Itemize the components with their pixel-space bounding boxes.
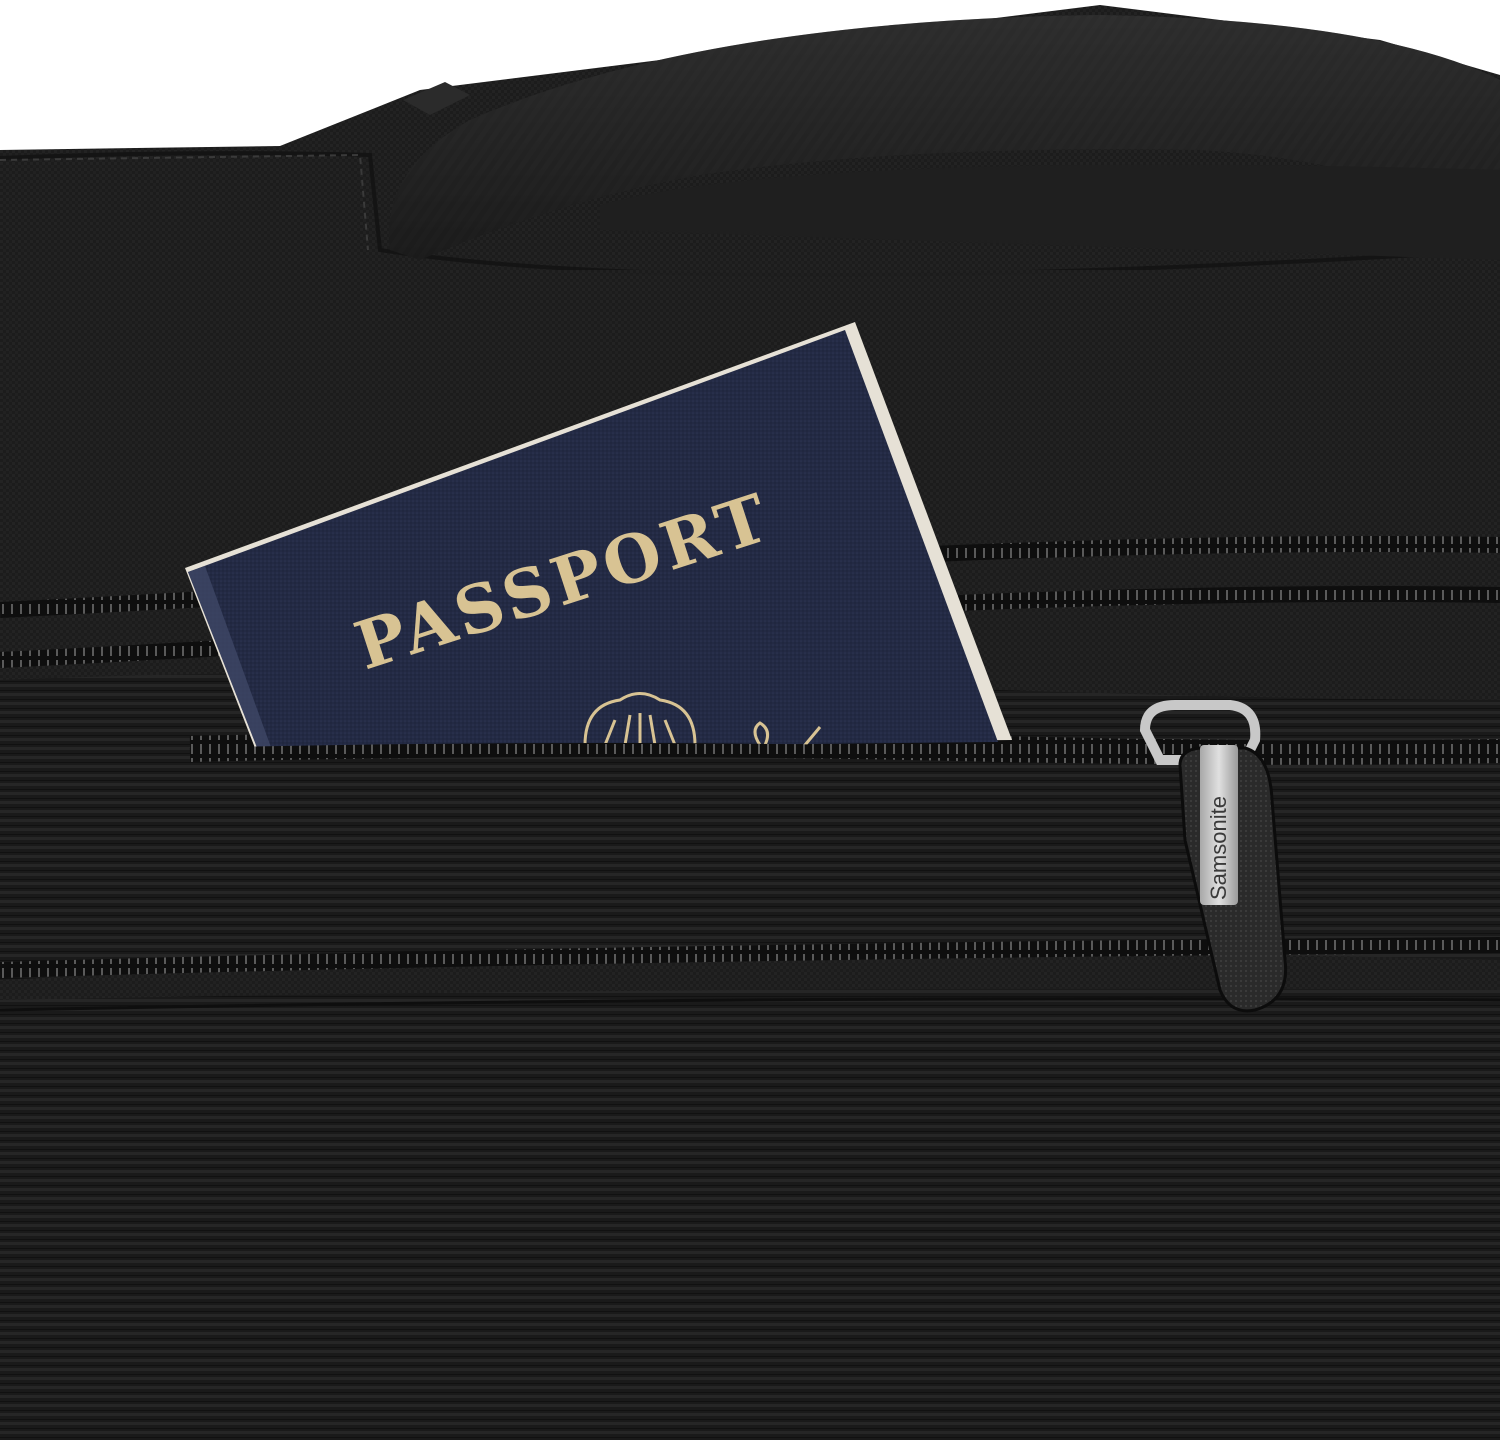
lower-panel	[0, 989, 1500, 1440]
product-photo: PASSPORT Samsonite	[0, 0, 1500, 1440]
brand-logo-text: Samsonite	[1206, 796, 1231, 900]
